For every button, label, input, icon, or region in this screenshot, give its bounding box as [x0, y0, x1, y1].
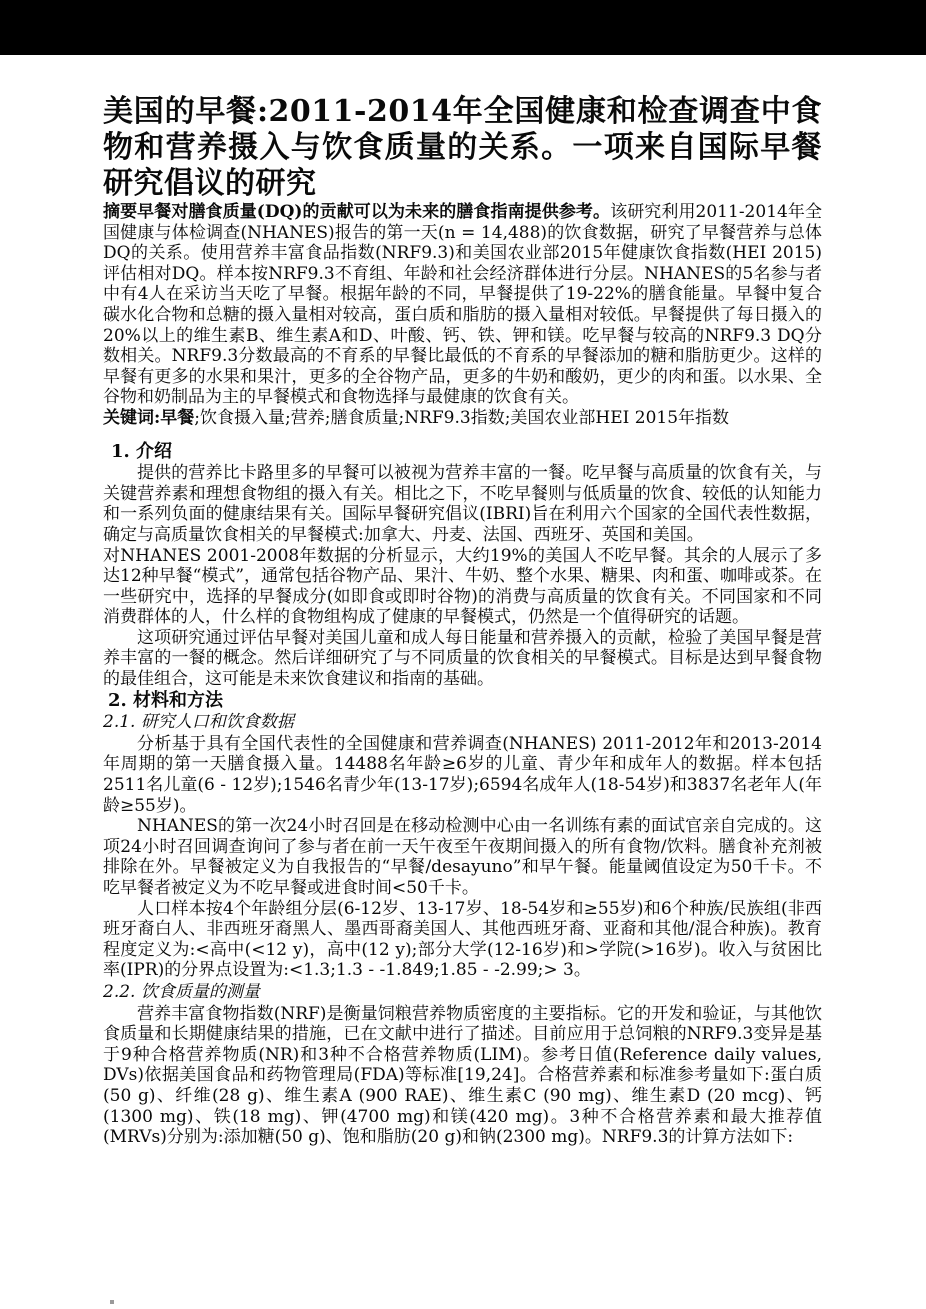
section-2-1-paragraph-3: 人口样本按4个年龄组分层(6-12岁、13-17岁、18-54岁和≥55岁)和6… [103, 899, 822, 981]
abstract-lead-bold: 摘要早餐对膳食质量(DQ)的贡献可以为未来的膳食指南提供参考。 [103, 202, 610, 222]
section-1-heading: 1. 介绍 [111, 442, 822, 463]
paper-title: 美国的早餐:2011-2014年全国健康和检查调查中食物和营养摄入与饮食质量的关… [103, 94, 822, 202]
section-1-paragraph-3: 这项研究通过评估早餐对美国儿童和成人每日能量和营养摄入的贡献，检验了美国早餐是营… [103, 628, 822, 690]
keywords-label: 关键词:早餐 [103, 408, 194, 428]
section-2-heading: 2. 材料和方法 [108, 691, 822, 712]
abstract-body-text: 该研究利用2011-2014年全国健康与体检调查(NHANES)报告的第一天(n… [103, 202, 822, 407]
section-2-2-paragraph-1: 营养丰富食物指数(NRF)是衡量饲粮营养物质密度的主要指标。它的开发和验证，与其… [103, 1004, 822, 1148]
section-2-2-heading: 2.2. 饮食质量的测量 [103, 982, 822, 1003]
section-2-1-heading: 2.1. 研究人口和饮食数据 [103, 712, 822, 733]
document-page: 美国的早餐:2011-2014年全国健康和检查调查中食物和营养摄入与饮食质量的关… [103, 94, 822, 1148]
section-1-paragraph-1: 提供的营养比卡路里多的早餐可以被视为营养丰富的一餐。吃早餐与高质量的饮食有关，与… [103, 463, 822, 545]
section-2-1-paragraph-1: 分析基于具有全国代表性的全国健康和营养调查(NHANES) 2011-2012年… [103, 734, 822, 816]
section-1-paragraph-2: 对NHANES 2001-2008年数据的分析显示，大约19%的美国人不吃早餐。… [103, 546, 822, 628]
section-2-1-paragraph-2: NHANES的第一次24小时召回是在移动检测中心由一名训练有素的面试官亲自完成的… [103, 816, 822, 898]
keywords-line: 关键词:早餐;饮食摄入量;营养;膳食质量;NRF9.3指数;美国农业部HEI 2… [103, 408, 822, 429]
document-body: 摘要早餐对膳食质量(DQ)的贡献可以为未来的膳食指南提供参考。该研究利用2011… [103, 202, 822, 1148]
abstract-paragraph: 摘要早餐对膳食质量(DQ)的贡献可以为未来的膳食指南提供参考。该研究利用2011… [103, 202, 822, 408]
top-letterbox-bar [0, 0, 926, 55]
page-stray-mark [110, 1300, 114, 1304]
keywords-list: ;饮食摄入量;营养;膳食质量;NRF9.3指数;美国农业部HEI 2015年指数 [194, 408, 729, 428]
